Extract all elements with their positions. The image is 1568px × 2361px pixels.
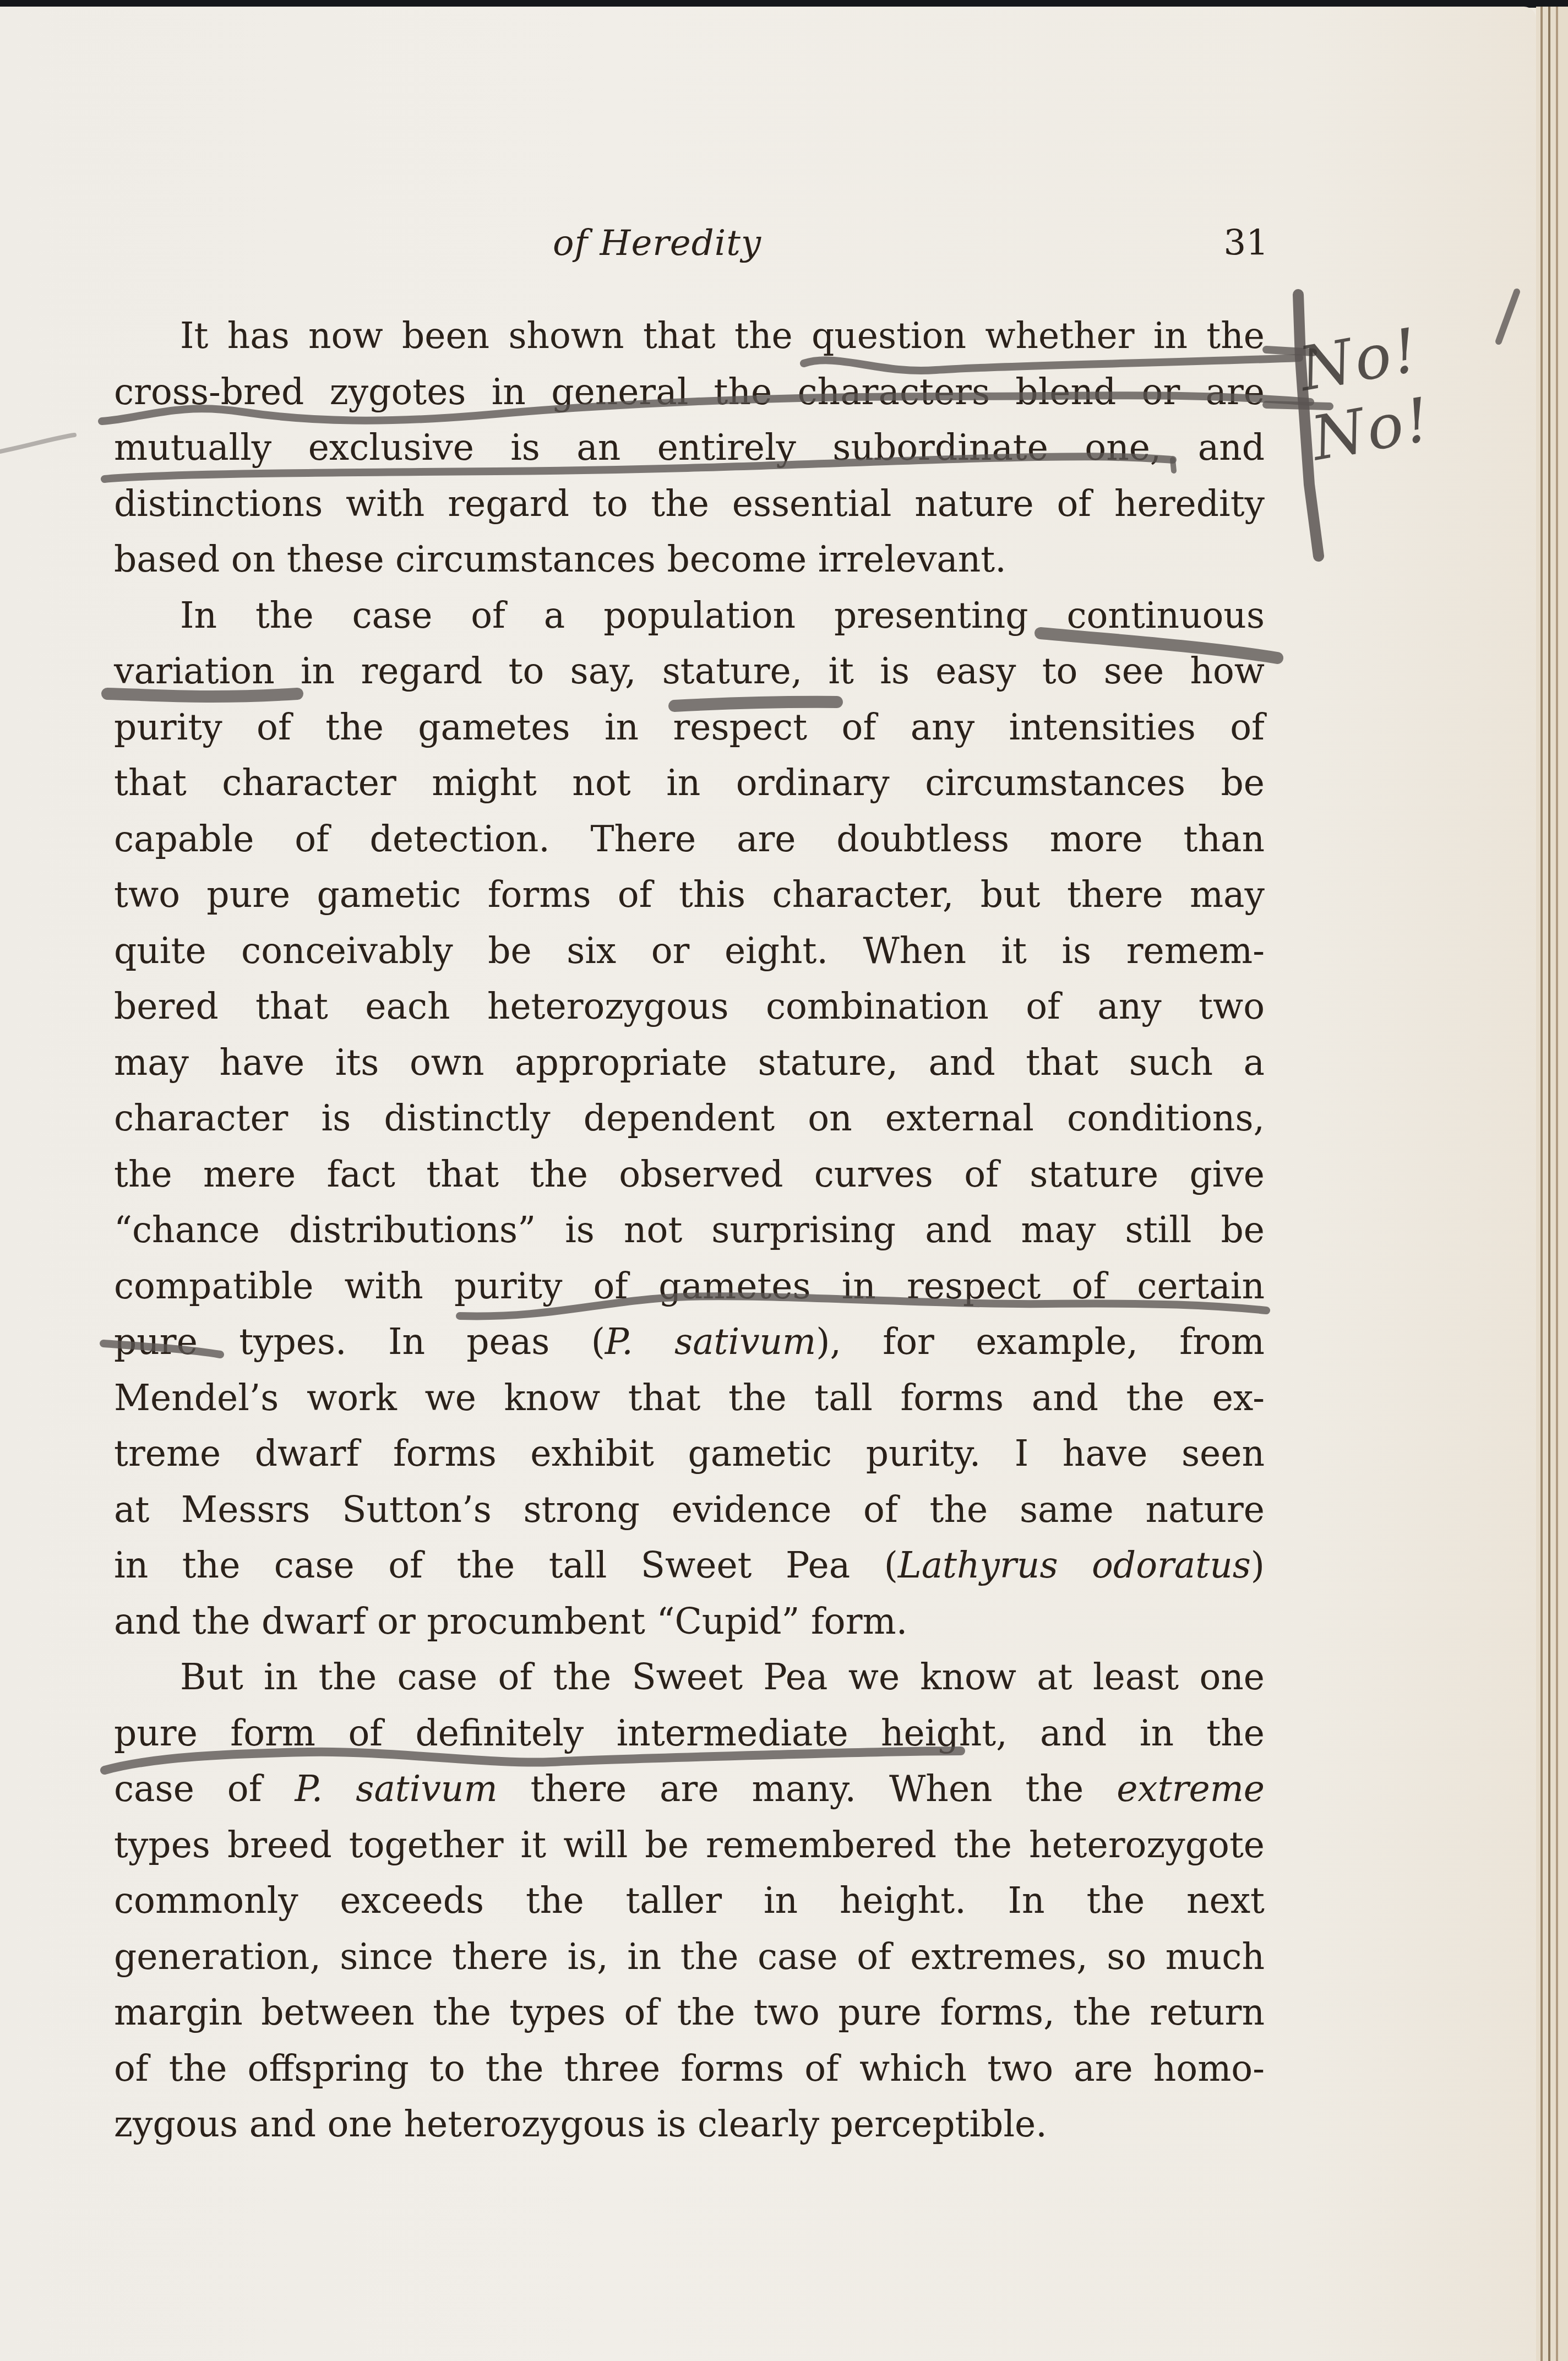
text-line: types breed together it will be remember… bbox=[114, 1818, 1265, 1874]
text-line: It has now been shown that the question … bbox=[114, 308, 1265, 365]
text-line: cross-bred zygotes in general the charac… bbox=[114, 365, 1265, 421]
text-run: ) bbox=[1251, 1545, 1265, 1586]
text-line: and the dwarf or procumbent “Cupid” form… bbox=[114, 1594, 1265, 1650]
text-run: case of bbox=[114, 1769, 295, 1810]
text-line: treme dwarf forms exhibit gametic purity… bbox=[114, 1426, 1265, 1482]
body-text: It has now been shown that the question … bbox=[114, 308, 1265, 2153]
text-line-with-italics: case of P. sativum there are many. When … bbox=[114, 1761, 1265, 1818]
text-run: pure types. In peas ( bbox=[114, 1321, 605, 1363]
text-line: commonly exceeds the taller in height. I… bbox=[114, 1873, 1265, 1929]
text-line: zygous and one heterozygous is clearly p… bbox=[114, 2097, 1265, 2153]
text-line: compatible with purity of gametes in res… bbox=[114, 1259, 1265, 1315]
text-line: based on these circumstances become irre… bbox=[114, 532, 1265, 588]
text-line: capable of detection. There are doubtles… bbox=[114, 812, 1265, 868]
text-line: Mendel’s work we know that the tall form… bbox=[114, 1370, 1265, 1427]
text-line: may have its own appropriate stature, an… bbox=[114, 1035, 1265, 1091]
text-line: But in the case of the Sweet Pea we know… bbox=[114, 1650, 1265, 1706]
text-line-with-italics: pure types. In peas (P. sativum), for ex… bbox=[114, 1314, 1265, 1370]
text-line: distinctions with regard to the essentia… bbox=[114, 476, 1265, 532]
text-line: that character might not in ordinary cir… bbox=[114, 755, 1265, 812]
species-name: P. sativum bbox=[605, 1321, 816, 1363]
paragraph-3: But in the case of the Sweet Pea we know… bbox=[114, 1650, 1265, 2153]
text-line: bered that each heterozygous combination… bbox=[114, 979, 1265, 1035]
text-line: “chance distributions” is not surprising… bbox=[114, 1203, 1265, 1259]
species-name: Lathyrus odoratus bbox=[898, 1545, 1251, 1586]
text-run: ), for example, from bbox=[816, 1321, 1265, 1363]
text-line-with-italics: in the case of the tall Sweet Pea (Lathy… bbox=[114, 1538, 1265, 1594]
text-line: In the case of a population presenting c… bbox=[114, 588, 1265, 644]
emphasis: extreme bbox=[1117, 1769, 1265, 1810]
text-line: variation in regard to say, stature, it … bbox=[114, 644, 1265, 700]
species-name: P. sativum bbox=[295, 1769, 498, 1810]
text-line: margin between the types of the two pure… bbox=[114, 1985, 1265, 2041]
text-line: generation, since there is, in the case … bbox=[114, 1929, 1265, 1985]
text-line: two pure gametic forms of this character… bbox=[114, 867, 1265, 923]
text-run: there are many. When the bbox=[498, 1769, 1117, 1810]
text-line: at Messrs Sutton’s strong evidence of th… bbox=[114, 1482, 1265, 1538]
running-head: of Heredity 31 bbox=[553, 223, 1268, 273]
text-line: of the offspring to the three forms of w… bbox=[114, 2041, 1265, 2097]
text-line: character is distinctly dependent on ext… bbox=[114, 1091, 1265, 1147]
text-line: quite conceivably be six or eight. When … bbox=[114, 923, 1265, 980]
text-line: purity of the gametes in respect of any … bbox=[114, 700, 1265, 756]
page-number: 31 bbox=[1224, 223, 1268, 264]
text-line: mutually exclusive is an entirely subord… bbox=[114, 420, 1265, 476]
paragraph-2: In the case of a population presenting c… bbox=[114, 588, 1265, 1650]
text-run: in the case of the tall Sweet Pea ( bbox=[114, 1545, 898, 1586]
running-title: of Heredity bbox=[553, 223, 761, 264]
text-line: the mere fact that the observed curves o… bbox=[114, 1147, 1265, 1203]
page-edge-line bbox=[1556, 7, 1558, 2361]
paragraph-1: It has now been shown that the question … bbox=[114, 308, 1265, 588]
text-line: pure form of definitely intermediate hei… bbox=[114, 1706, 1265, 1762]
